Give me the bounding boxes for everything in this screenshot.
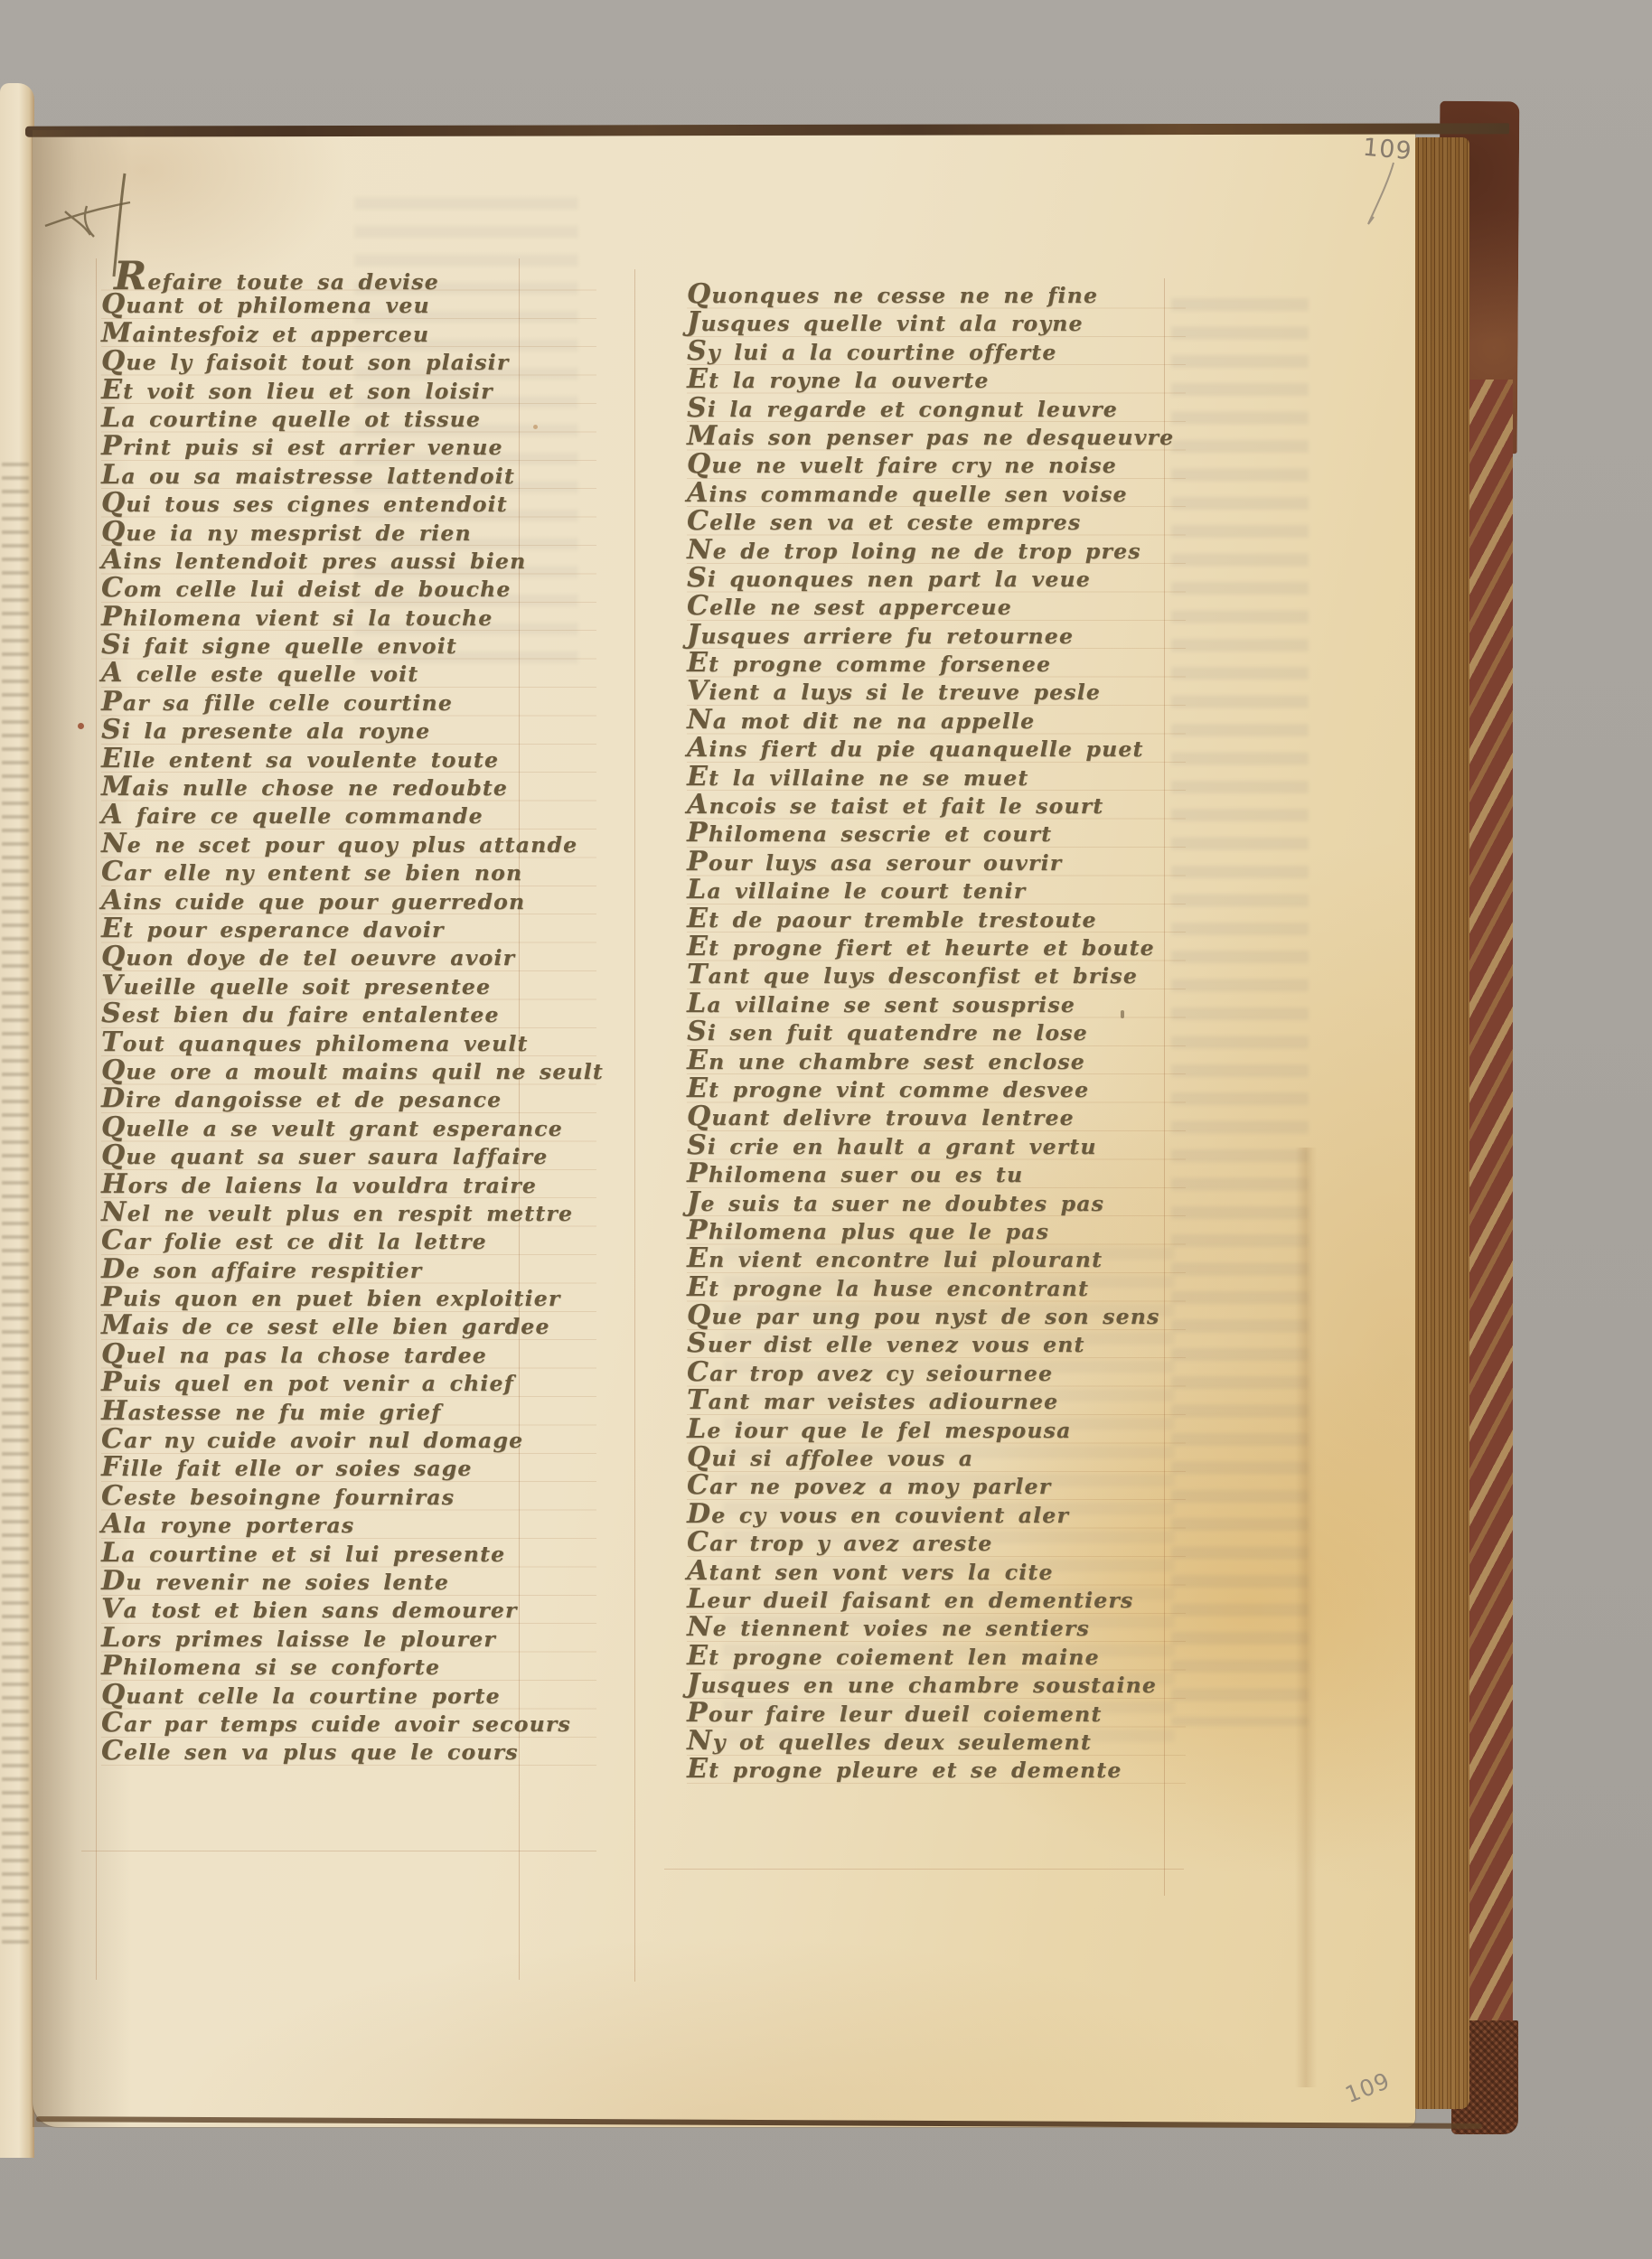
verse-line: En vient encontre lui plourant — [687, 1244, 1186, 1272]
verse-line: Celle sen va et ceste empres — [687, 507, 1186, 535]
verse-line: Pour luys asa serour ouvrir — [687, 848, 1186, 876]
verse-line: Et progne pleure et se demente — [687, 1755, 1186, 1783]
manuscript-photo: Refaire toute sa deviseQuant ot philomen… — [0, 0, 1652, 2259]
verse-line: Philomena sescrie et court — [687, 819, 1186, 847]
verse-line: Et la villaine ne se muet — [687, 763, 1186, 791]
verse-line: La courtine et si lui presente — [101, 1539, 596, 1567]
verse-line: Ny ot quelles deux seulement — [687, 1727, 1186, 1755]
verse-line: Vient a luys si le treuve pesle — [687, 677, 1186, 705]
verse-line: Quant ot philomena veu — [101, 290, 596, 318]
verse-line: Si crie en hault a grant vertu — [687, 1131, 1186, 1159]
ink-speck — [78, 723, 84, 729]
verse-line: A celle este quelle voit — [101, 659, 596, 687]
verse-line: Philomena suer ou es tu — [687, 1159, 1186, 1187]
verse-line: Quelle a se veult grant esperance — [101, 1113, 596, 1141]
verse-line: Hors de laiens la vouldra traire — [101, 1170, 596, 1198]
verse-line: Puis quel en pot venir a chief — [101, 1368, 596, 1396]
verse-line: Ains cuide que pour guerredon — [101, 886, 596, 914]
ruling-horizontal-guide-2 — [664, 1869, 1184, 1870]
binding-cover-marbled-edge — [1469, 380, 1513, 2060]
verse-line: Et progne vint comme desvee — [687, 1074, 1186, 1102]
verse-line: Tant que luys desconfist et brise — [687, 961, 1186, 989]
verse-line: Pour faire leur dueil coiement — [687, 1699, 1186, 1727]
verse-line: Na mot dit ne na appelle — [687, 706, 1186, 734]
verse-line: Quonques ne cesse ne ne fine — [687, 280, 1186, 308]
verse-line: Et de paour tremble trestoute — [687, 905, 1186, 933]
verse-line: Mais nulle chose ne redoubte — [101, 773, 596, 801]
verse-line: Mais son penser pas ne desqueuvre — [687, 422, 1186, 450]
verse-line: Maintesfoiz et apperceu — [101, 319, 596, 347]
verse-line: Nel ne veult plus en respit mettre — [101, 1198, 596, 1226]
verse-line: Jusques arriere fu retournee — [687, 621, 1186, 649]
verse-line: De son affaire respitier — [101, 1255, 596, 1283]
verse-line: Philomena plus que le pas — [687, 1216, 1186, 1244]
verse-line: Fille fait elle or soies sage — [101, 1453, 596, 1481]
verse-line: Et progne fiert et heurte et boute — [687, 933, 1186, 961]
verse-line: Si la regarde et congnut leuvre — [687, 394, 1186, 422]
verse-line: Que ne vuelt faire cry ne noise — [687, 450, 1186, 478]
ruling-vertical-left — [96, 258, 97, 1980]
verse-line: Car elle ny entent se bien non — [101, 858, 596, 886]
text-column-left: Refaire toute sa deviseQuant ot philomen… — [101, 262, 596, 1766]
verse-line: Sy lui a la courtine offerte — [687, 337, 1186, 365]
parchment-speck — [533, 425, 538, 429]
verse-line: Que quant sa suer saura laffaire — [101, 1141, 596, 1169]
verse-line: Ne de trop loing ne de trop pres — [687, 536, 1186, 564]
verse-line: Ceste besoingne fourniras — [101, 1482, 596, 1510]
facing-page-edge — [0, 83, 34, 2158]
verse-line: Que ore a moult mains quil ne seult — [101, 1056, 596, 1084]
verse-line: Puis quon en puet bien exploitier — [101, 1283, 596, 1311]
verse-line: Ancois se taist et fait le sourt — [687, 791, 1186, 819]
verse-line: Tant mar veistes adiournee — [687, 1386, 1186, 1414]
verse-line: Qui si affolee vous a — [687, 1443, 1186, 1471]
text-column-right: Quonques ne cesse ne ne fineJusques quel… — [687, 280, 1186, 1784]
verse-line: Lors primes laisse le plourer — [101, 1624, 596, 1652]
verse-line: Mais de ce sest elle bien gardee — [101, 1311, 596, 1339]
verse-line: Quel na pas la chose tardee — [101, 1340, 596, 1368]
verse-line: Que par ung pou nyst de son sens — [687, 1301, 1186, 1329]
verse-line: En une chambre sest enclose — [687, 1046, 1186, 1074]
verse-line: La villaine se sent sousprise — [687, 989, 1186, 1017]
verse-line: Atant sen vont vers la cite — [687, 1557, 1186, 1585]
verse-line: Leur dueil faisant en dementiers — [687, 1585, 1186, 1613]
verse-line: La ou sa maistresse lattendoit — [101, 461, 596, 489]
verse-line: Ala royne porteras — [101, 1510, 596, 1538]
verse-line: Car trop y avez areste — [687, 1528, 1186, 1556]
verse-line: Quon doye de tel oeuvre avoir — [101, 942, 596, 970]
verse-line: Philomena si se conforte — [101, 1652, 596, 1680]
verse-line: Philomena vient si la touche — [101, 603, 596, 631]
verse-line: Si sen fuit quatendre ne lose — [687, 1017, 1186, 1045]
page-edges — [1415, 137, 1469, 2109]
ruling-horizontal-guide-1 — [81, 1851, 596, 1851]
ruling-vertical-intercolumn-2 — [634, 269, 635, 1982]
verse-line: Et voit son lieu et son loisir — [101, 376, 596, 404]
verse-line: Car par temps cuide avoir secours — [101, 1709, 596, 1737]
verse-line: Ne tiennent voies ne sentiers — [687, 1613, 1186, 1641]
verse-line: Je suis ta suer ne doubtes pas — [687, 1188, 1186, 1216]
verse-line: Le iour que le fel mespousa — [687, 1415, 1186, 1443]
verse-line: Et progne la huse encontrant — [687, 1273, 1186, 1301]
verse-line: Par sa fille celle courtine — [101, 688, 596, 716]
verse-line: Si quonques nen part la veue — [687, 564, 1186, 592]
verse-line: Suer dist elle venez vous ent — [687, 1329, 1186, 1357]
verse-line: Dire dangoisse et de pesance — [101, 1084, 596, 1112]
parchment-crease — [1295, 1148, 1317, 2087]
verse-line: Et progne comme forsenee — [687, 649, 1186, 677]
verse-line: Si fait signe quelle envoit — [101, 631, 596, 659]
verse-line: Elle entent sa voulente toute — [101, 745, 596, 773]
verse-line: Va tost et bien sans demourer — [101, 1595, 596, 1623]
verse-line: Ains commande quelle sen voise — [687, 479, 1186, 507]
verse-line: Vueille quelle soit presentee — [101, 971, 596, 999]
verse-line: La villaine le court tenir — [687, 876, 1186, 904]
verse-line: Car folie est ce dit la lettre — [101, 1226, 596, 1254]
verse-line: Celle sen va plus que le cours — [101, 1737, 596, 1765]
verse-line: La courtine quelle ot tissue — [101, 404, 596, 432]
verse-line: Car trop avez cy seiournee — [687, 1358, 1186, 1386]
verse-line: Et pour esperance davoir — [101, 914, 596, 942]
facing-page-text-ghost — [2, 463, 29, 1945]
verse-line: Car ny cuide avoir nul domage — [101, 1425, 596, 1453]
verse-line: A faire ce quelle commande — [101, 801, 596, 829]
verse-line: Jusques en une chambre soustaine — [687, 1670, 1186, 1698]
verse-line: Que ia ny mesprist de rien — [101, 518, 596, 546]
verse-line: Ains lentendoit pres aussi bien — [101, 546, 596, 574]
verse-line: Hastesse ne fu mie grief — [101, 1397, 596, 1425]
pencil-check-stroke — [1363, 161, 1408, 233]
verse-line: De cy vous en couvient aler — [687, 1500, 1186, 1528]
verse-line: Et progne coiement len maine — [687, 1642, 1186, 1670]
verse-line: Print puis si est arrier venue — [101, 432, 596, 460]
verse-line: Quant delivre trouva lentree — [687, 1102, 1186, 1130]
verse-line: Quant celle la courtine porte — [101, 1681, 596, 1709]
verse-line: Du revenir ne soies lente — [101, 1567, 596, 1595]
verse-line: Et la royne la ouverte — [687, 365, 1186, 393]
verse-line: Ains fiert du pie quanquelle puet — [687, 734, 1186, 762]
verse-line: Celle ne sest apperceue — [687, 592, 1186, 620]
verse-line: Si la presente ala royne — [101, 716, 596, 744]
pen-flourish — [38, 152, 210, 287]
verse-line: Qui tous ses cignes entendoit — [101, 489, 596, 517]
verse-line: Jusques quelle vint ala royne — [687, 308, 1186, 336]
verse-line: Que ly faisoit tout son plaisir — [101, 347, 596, 375]
ink-speck — [1121, 1010, 1124, 1018]
verse-line: Com celle lui deist de bouche — [101, 574, 596, 602]
verse-line: Sest bien du faire entalentee — [101, 999, 596, 1027]
verse-line: Car ne povez a moy parler — [687, 1471, 1186, 1499]
verse-line: Ne ne scet pour quoy plus attande — [101, 830, 596, 858]
verse-line: Tout quanques philomena veult — [101, 1028, 596, 1056]
